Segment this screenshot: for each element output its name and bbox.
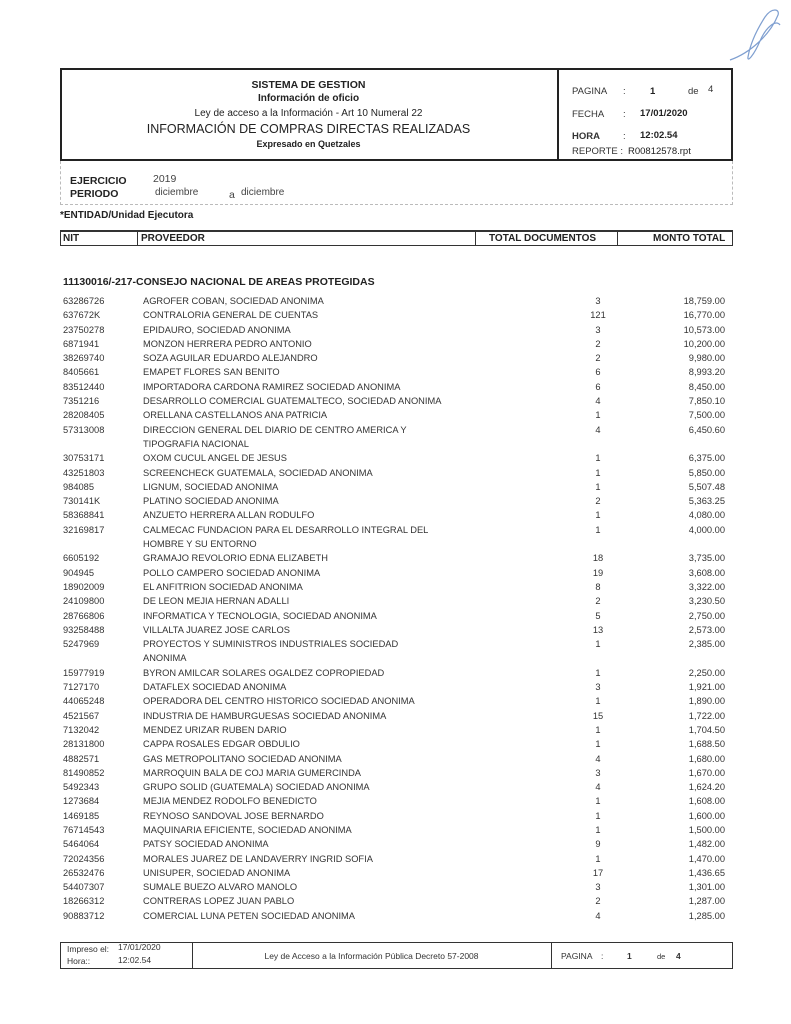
proveedor-cell: GRAMAJO REVOLORIO EDNA ELIZABETH xyxy=(143,551,443,565)
proveedor-cell: INFORMATICA Y TECNOLOGIA, SOCIEDAD ANONI… xyxy=(143,609,443,623)
documentos-cell: 2 xyxy=(583,594,613,608)
proveedor-cell: REYNOSO SANDOVAL JOSE BERNARDO xyxy=(143,809,443,823)
documentos-cell: 1 xyxy=(583,480,613,494)
documentos-cell: 4 xyxy=(583,752,613,766)
ejercicio-value: 2019 xyxy=(153,173,176,185)
col-divider xyxy=(137,232,138,246)
documentos-cell: 1 xyxy=(583,408,613,422)
fecha-label: FECHA xyxy=(572,109,604,120)
nit-cell: 6871941 xyxy=(63,337,143,351)
table-row: 28766806INFORMATICA Y TECNOLOGIA, SOCIED… xyxy=(63,609,733,623)
nit-cell: 4521567 xyxy=(63,709,143,723)
pagina-value: 1 xyxy=(650,86,655,97)
footer-pagina-label: PAGINA xyxy=(561,951,593,961)
table-row: 4521567INDUSTRIA DE HAMBURGUESAS SOCIEDA… xyxy=(63,709,733,723)
table-row: 24109800DE LEON MEJIA HERNAN ADALLI23,23… xyxy=(63,594,733,608)
documentos-cell: 1 xyxy=(583,451,613,465)
nit-cell: 63286726 xyxy=(63,294,143,308)
monto-cell: 7,500.00 xyxy=(643,408,725,422)
monto-cell: 1,470.00 xyxy=(643,852,725,866)
proveedor-cell: LIGNUM, SOCIEDAD ANONIMA xyxy=(143,480,443,494)
table-row: 58368841ANZUETO HERRERA ALLAN RODULFO14,… xyxy=(63,508,733,522)
documentos-cell: 1 xyxy=(583,809,613,823)
monto-cell: 1,600.00 xyxy=(643,809,725,823)
nit-cell: 15977919 xyxy=(63,666,143,680)
monto-cell: 16,770.00 xyxy=(643,308,725,322)
nit-cell: 26532476 xyxy=(63,866,143,880)
table-row: 6605192GRAMAJO REVOLORIO EDNA ELIZABETH1… xyxy=(63,551,733,565)
system-name: SISTEMA DE GESTION xyxy=(60,79,557,91)
documentos-cell: 3 xyxy=(583,294,613,308)
colon: : xyxy=(623,131,626,142)
proveedor-cell: SCREENCHECK GUATEMALA, SOCIEDAD ANONIMA xyxy=(143,466,443,480)
proveedor-cell: GAS METROPOLITANO SOCIEDAD ANONIMA xyxy=(143,752,443,766)
documentos-cell: 6 xyxy=(583,365,613,379)
documentos-cell: 1 xyxy=(583,794,613,808)
nit-cell: 81490852 xyxy=(63,766,143,780)
monto-cell: 1,921.00 xyxy=(643,680,725,694)
monto-cell: 2,750.00 xyxy=(643,609,725,623)
proveedor-cell: DE LEON MEJIA HERNAN ADALLI xyxy=(143,594,443,608)
monto-cell: 3,322.00 xyxy=(643,580,725,594)
table-row: 730141KPLATINO SOCIEDAD ANONIMA25,363.25 xyxy=(63,494,733,508)
table-row: 44065248OPERADORA DEL CENTRO HISTORICO S… xyxy=(63,694,733,708)
monto-cell: 10,573.00 xyxy=(643,323,725,337)
nit-cell: 5464064 xyxy=(63,837,143,851)
documentos-cell: 6 xyxy=(583,380,613,394)
nit-cell: 28766806 xyxy=(63,609,143,623)
documentos-cell: 3 xyxy=(583,766,613,780)
ejercicio-label: EJERCICIO xyxy=(70,175,127,187)
nit-cell: 18266312 xyxy=(63,894,143,908)
proveedor-cell: MARROQUIN BALA DE COJ MARIA GUMERCINDA xyxy=(143,766,443,780)
documentos-cell: 5 xyxy=(583,609,613,623)
col-proveedor: PROVEEDOR xyxy=(141,233,205,244)
documentos-cell: 121 xyxy=(583,308,613,322)
proveedor-cell: CONTRALORIA GENERAL DE CUENTAS xyxy=(143,308,443,322)
documentos-cell: 1 xyxy=(583,666,613,680)
footer-divider xyxy=(551,943,552,968)
col-nit: NIT xyxy=(63,233,79,244)
nit-cell: 8405661 xyxy=(63,365,143,379)
table-row: 1273684MEJIA MENDEZ RODOLFO BENEDICTO11,… xyxy=(63,794,733,808)
table-row: 93258488VILLALTA JUAREZ JOSE CARLOS132,5… xyxy=(63,623,733,637)
nit-cell: 28131800 xyxy=(63,737,143,751)
table-row: 23750278EPIDAURO, SOCIEDAD ANONIMA310,57… xyxy=(63,323,733,337)
table-row: 83512440IMPORTADORA CARDONA RAMIREZ SOCI… xyxy=(63,380,733,394)
monto-cell: 2,385.00 xyxy=(643,637,725,651)
documentos-cell: 17 xyxy=(583,866,613,880)
table-row: 637672KCONTRALORIA GENERAL DE CUENTAS121… xyxy=(63,308,733,322)
nit-cell: 18902009 xyxy=(63,580,143,594)
documentos-cell: 2 xyxy=(583,351,613,365)
nit-cell: 54407307 xyxy=(63,880,143,894)
monto-cell: 9,980.00 xyxy=(643,351,725,365)
monto-cell: 1,722.00 xyxy=(643,709,725,723)
documentos-cell: 1 xyxy=(583,723,613,737)
proveedor-cell: GRUPO SOLID (GUATEMALA) SOCIEDAD ANONIMA xyxy=(143,780,443,794)
col-total-documentos: TOTAL DOCUMENTOS xyxy=(489,233,596,244)
table-row: 28131800CAPPA ROSALES EDGAR OBDULIO11,68… xyxy=(63,737,733,751)
footer-pagina-de: de xyxy=(657,952,665,961)
table-row: 30753171OXOM CUCUL ANGEL DE JESUS16,375.… xyxy=(63,451,733,465)
nit-cell: 44065248 xyxy=(63,694,143,708)
footer-law: Ley de Acceso a la Información Pública D… xyxy=(192,951,551,961)
table-row: 18266312CONTRERAS LOPEZ JUAN PABLO21,287… xyxy=(63,894,733,908)
table-header: NIT PROVEEDOR TOTAL DOCUMENTOS MONTO TOT… xyxy=(60,230,733,246)
impreso-value: 17/01/2020 xyxy=(118,942,161,952)
table-row: 81490852MARROQUIN BALA DE COJ MARIA GUME… xyxy=(63,766,733,780)
fecha-value: 17/01/2020 xyxy=(640,108,688,119)
proveedor-cell: MONZON HERRERA PEDRO ANTONIO xyxy=(143,337,443,351)
documentos-cell: 3 xyxy=(583,880,613,894)
nit-cell: 83512440 xyxy=(63,380,143,394)
proveedor-cell: COMERCIAL LUNA PETEN SOCIEDAD ANONIMA xyxy=(143,909,443,923)
documentos-cell: 4 xyxy=(583,394,613,408)
monto-cell: 6,450.60 xyxy=(643,423,725,437)
proveedor-cell: DATAFLEX SOCIEDAD ANONIMA xyxy=(143,680,443,694)
documentos-cell: 18 xyxy=(583,551,613,565)
periodo-from: diciembre xyxy=(155,187,198,198)
proveedor-cell: PROYECTOS Y SUMINISTROS INDUSTRIALES SOC… xyxy=(143,637,443,666)
proveedor-cell: INDUSTRIA DE HAMBURGUESAS SOCIEDAD ANONI… xyxy=(143,709,443,723)
monto-cell: 1,287.00 xyxy=(643,894,725,908)
proveedor-cell: UNISUPER, SOCIEDAD ANONIMA xyxy=(143,866,443,880)
documentos-cell: 2 xyxy=(583,894,613,908)
proveedor-cell: DESARROLLO COMERCIAL GUATEMALTECO, SOCIE… xyxy=(143,394,443,408)
table-row: 72024356MORALES JUAREZ DE LANDAVERRY ING… xyxy=(63,852,733,866)
table-row: 63286726AGROFER COBAN, SOCIEDAD ANONIMA3… xyxy=(63,294,733,308)
nit-cell: 57313008 xyxy=(63,423,143,452)
monto-cell: 1,482.00 xyxy=(643,837,725,851)
footer-hora-label: Hora:: xyxy=(67,956,90,966)
report-title: INFORMACIÓN DE COMPRAS DIRECTAS REALIZAD… xyxy=(60,122,557,136)
nit-cell: 24109800 xyxy=(63,594,143,608)
monto-cell: 2,573.00 xyxy=(643,623,725,637)
nit-cell: 43251803 xyxy=(63,466,143,480)
monto-cell: 1,285.00 xyxy=(643,909,725,923)
table-row: 32169817CALMECAC FUNDACION PARA EL DESAR… xyxy=(63,523,733,552)
proveedor-cell: IMPORTADORA CARDONA RAMIREZ SOCIEDAD ANO… xyxy=(143,380,443,394)
documentos-cell: 4 xyxy=(583,780,613,794)
hora-value: 12:02.54 xyxy=(640,130,678,141)
documentos-cell: 1 xyxy=(583,508,613,522)
monto-cell: 4,080.00 xyxy=(643,508,725,522)
documentos-cell: 15 xyxy=(583,709,613,723)
proveedor-cell: PATSY SOCIEDAD ANONIMA xyxy=(143,837,443,851)
periodo-to: diciembre xyxy=(241,187,284,198)
monto-cell: 3,608.00 xyxy=(643,566,725,580)
monto-cell: 5,850.00 xyxy=(643,466,725,480)
monto-cell: 1,500.00 xyxy=(643,823,725,837)
monto-cell: 6,375.00 xyxy=(643,451,725,465)
nit-cell: 7132042 xyxy=(63,723,143,737)
nit-cell: 28208405 xyxy=(63,408,143,422)
proveedor-cell: SOZA AGUILAR EDUARDO ALEJANDRO xyxy=(143,351,443,365)
nit-cell: 58368841 xyxy=(63,508,143,522)
nit-cell: 5492343 xyxy=(63,780,143,794)
colon: : xyxy=(601,951,603,961)
proveedor-cell: OPERADORA DEL CENTRO HISTORICO SOCIEDAD … xyxy=(143,694,443,708)
pagina-total: 4 xyxy=(708,84,713,95)
proveedor-cell: BYRON AMILCAR SOLARES OGALDEZ COPROPIEDA… xyxy=(143,666,443,680)
documentos-cell: 2 xyxy=(583,337,613,351)
documentos-cell: 13 xyxy=(583,623,613,637)
table-row: 38269740SOZA AGUILAR EDUARDO ALEJANDRO29… xyxy=(63,351,733,365)
table-row: 4882571GAS METROPOLITANO SOCIEDAD ANONIM… xyxy=(63,752,733,766)
table-row: 7351216DESARROLLO COMERCIAL GUATEMALTECO… xyxy=(63,394,733,408)
proveedor-cell: CAPPA ROSALES EDGAR OBDULIO xyxy=(143,737,443,751)
proveedor-cell: MAQUINARIA EFICIENTE, SOCIEDAD ANONIMA xyxy=(143,823,443,837)
proveedor-cell: ANZUETO HERRERA ALLAN RODULFO xyxy=(143,508,443,522)
monto-cell: 1,436.65 xyxy=(643,866,725,880)
documentos-cell: 3 xyxy=(583,323,613,337)
documentos-cell: 1 xyxy=(583,737,613,751)
table-row: 8405661EMAPET FLORES SAN BENITO68,993.20 xyxy=(63,365,733,379)
table-row: 26532476UNISUPER, SOCIEDAD ANONIMA171,43… xyxy=(63,866,733,880)
proveedor-cell: DIRECCION GENERAL DEL DIARIO DE CENTRO A… xyxy=(143,423,443,452)
proveedor-cell: CALMECAC FUNDACION PARA EL DESARROLLO IN… xyxy=(143,523,443,552)
monto-cell: 1,704.50 xyxy=(643,723,725,737)
table-row: 7127170DATAFLEX SOCIEDAD ANONIMA31,921.0… xyxy=(63,680,733,694)
monto-cell: 5,363.25 xyxy=(643,494,725,508)
documentos-cell: 1 xyxy=(583,823,613,837)
nit-cell: 23750278 xyxy=(63,323,143,337)
nit-cell: 1273684 xyxy=(63,794,143,808)
nit-cell: 76714543 xyxy=(63,823,143,837)
table-row: 54407307SUMALE BUEZO ALVARO MANOLO31,301… xyxy=(63,880,733,894)
monto-cell: 1,301.00 xyxy=(643,880,725,894)
table-row: 76714543MAQUINARIA EFICIENTE, SOCIEDAD A… xyxy=(63,823,733,837)
documentos-cell: 1 xyxy=(583,852,613,866)
signature-mark xyxy=(720,5,785,65)
table-row: 5492343GRUPO SOLID (GUATEMALA) SOCIEDAD … xyxy=(63,780,733,794)
proveedor-cell: EL ANFITRION SOCIEDAD ANONIMA xyxy=(143,580,443,594)
nit-cell: 30753171 xyxy=(63,451,143,465)
documentos-cell: 1 xyxy=(583,694,613,708)
monto-cell: 8,993.20 xyxy=(643,365,725,379)
entidad-label: *ENTIDAD/Unidad Ejecutora xyxy=(60,210,193,221)
proveedor-cell: OXOM CUCUL ANGEL DE JESUS xyxy=(143,451,443,465)
proveedor-cell: PLATINO SOCIEDAD ANONIMA xyxy=(143,494,443,508)
table-row: 15977919BYRON AMILCAR SOLARES OGALDEZ CO… xyxy=(63,666,733,680)
monto-cell: 1,890.00 xyxy=(643,694,725,708)
nit-cell: 6605192 xyxy=(63,551,143,565)
monto-cell: 1,670.00 xyxy=(643,766,725,780)
table-row: 984085LIGNUM, SOCIEDAD ANONIMA15,507.48 xyxy=(63,480,733,494)
col-divider xyxy=(617,232,618,246)
proveedor-cell: MEJIA MENDEZ RODOLFO BENEDICTO xyxy=(143,794,443,808)
documentos-cell: 9 xyxy=(583,837,613,851)
table-row: 5464064PATSY SOCIEDAD ANONIMA91,482.00 xyxy=(63,837,733,851)
nit-cell: 7127170 xyxy=(63,680,143,694)
monto-cell: 8,450.00 xyxy=(643,380,725,394)
col-monto-total: MONTO TOTAL xyxy=(653,233,725,244)
periodo-label: PERIODO xyxy=(70,188,118,200)
monto-cell: 1,680.00 xyxy=(643,752,725,766)
colon: : xyxy=(623,86,626,97)
report-subtitle: Información de oficio xyxy=(60,93,557,104)
footer-pagina-total: 4 xyxy=(676,951,681,961)
monto-cell: 3,735.00 xyxy=(643,551,725,565)
proveedor-cell: CONTRERAS LOPEZ JUAN PABLO xyxy=(143,894,443,908)
table-row: 18902009EL ANFITRION SOCIEDAD ANONIMA83,… xyxy=(63,580,733,594)
reporte-value: R00812578.rpt xyxy=(628,146,691,157)
proveedor-cell: VILLALTA JUAREZ JOSE CARLOS xyxy=(143,623,443,637)
nit-cell: 730141K xyxy=(63,494,143,508)
nit-cell: 32169817 xyxy=(63,523,143,552)
documentos-cell: 3 xyxy=(583,680,613,694)
monto-cell: 10,200.00 xyxy=(643,337,725,351)
documentos-cell: 4 xyxy=(583,909,613,923)
documentos-cell: 8 xyxy=(583,580,613,594)
table-row: 904945POLLO CAMPERO SOCIEDAD ANONIMA193,… xyxy=(63,566,733,580)
nit-cell: 93258488 xyxy=(63,623,143,637)
nit-cell: 637672K xyxy=(63,308,143,322)
nit-cell: 90883712 xyxy=(63,909,143,923)
monto-cell: 5,507.48 xyxy=(643,480,725,494)
col-divider xyxy=(475,232,476,246)
table-row: 90883712COMERCIAL LUNA PETEN SOCIEDAD AN… xyxy=(63,909,733,923)
pagina-label: PAGINA xyxy=(572,86,607,97)
footer-pagina-value: 1 xyxy=(627,951,632,961)
pagina-de: de xyxy=(688,86,699,97)
documentos-cell: 1 xyxy=(583,523,613,537)
monto-cell: 4,000.00 xyxy=(643,523,725,537)
proveedor-cell: EMAPET FLORES SAN BENITO xyxy=(143,365,443,379)
nit-cell: 1469185 xyxy=(63,809,143,823)
documentos-cell: 4 xyxy=(583,423,613,437)
table-row: 7132042MENDEZ URIZAR RUBEN DARIO11,704.5… xyxy=(63,723,733,737)
page-footer: Impreso el: 17/01/2020 Hora:: 12:02.54 L… xyxy=(60,942,733,969)
monto-cell: 7,850.10 xyxy=(643,394,725,408)
header-divider xyxy=(557,68,559,161)
proveedor-cell: AGROFER COBAN, SOCIEDAD ANONIMA xyxy=(143,294,443,308)
nit-cell: 7351216 xyxy=(63,394,143,408)
nit-cell: 4882571 xyxy=(63,752,143,766)
nit-cell: 984085 xyxy=(63,480,143,494)
table-row: 57313008DIRECCION GENERAL DEL DIARIO DE … xyxy=(63,423,733,452)
colon: : xyxy=(623,109,626,120)
proveedor-cell: SUMALE BUEZO ALVARO MANOLO xyxy=(143,880,443,894)
nit-cell: 904945 xyxy=(63,566,143,580)
law-reference: Ley de acceso a la Información - Art 10 … xyxy=(60,108,557,119)
proveedor-cell: ORELLANA CASTELLANOS ANA PATRICIA xyxy=(143,408,443,422)
documentos-cell: 1 xyxy=(583,466,613,480)
table-row: 43251803SCREENCHECK GUATEMALA, SOCIEDAD … xyxy=(63,466,733,480)
monto-cell: 2,250.00 xyxy=(643,666,725,680)
documentos-cell: 2 xyxy=(583,494,613,508)
proveedor-cell: POLLO CAMPERO SOCIEDAD ANONIMA xyxy=(143,566,443,580)
table-body: 63286726AGROFER COBAN, SOCIEDAD ANONIMA3… xyxy=(63,294,733,923)
reporte-label: REPORTE : xyxy=(572,146,623,157)
proveedor-cell: MORALES JUAREZ DE LANDAVERRY INGRID SOFI… xyxy=(143,852,443,866)
nit-cell: 38269740 xyxy=(63,351,143,365)
monto-cell: 18,759.00 xyxy=(643,294,725,308)
footer-hora-value: 12:02.54 xyxy=(118,955,151,965)
nit-cell: 72024356 xyxy=(63,852,143,866)
monto-cell: 3,230.50 xyxy=(643,594,725,608)
periodo-a: a xyxy=(229,189,235,201)
proveedor-cell: MENDEZ URIZAR RUBEN DARIO xyxy=(143,723,443,737)
monto-cell: 1,608.00 xyxy=(643,794,725,808)
monto-cell: 1,624.20 xyxy=(643,780,725,794)
documentos-cell: 1 xyxy=(583,637,613,651)
proveedor-cell: EPIDAURO, SOCIEDAD ANONIMA xyxy=(143,323,443,337)
currency-note: Expresado en Quetzales xyxy=(60,139,557,149)
table-row: 6871941MONZON HERRERA PEDRO ANTONIO210,2… xyxy=(63,337,733,351)
table-row: 1469185REYNOSO SANDOVAL JOSE BERNARDO11,… xyxy=(63,809,733,823)
monto-cell: 1,688.50 xyxy=(643,737,725,751)
nit-cell: 5247969 xyxy=(63,637,143,666)
table-row: 28208405ORELLANA CASTELLANOS ANA PATRICI… xyxy=(63,408,733,422)
table-row: 5247969PROYECTOS Y SUMINISTROS INDUSTRIA… xyxy=(63,637,733,666)
group-title: 11130016/-217-CONSEJO NACIONAL DE AREAS … xyxy=(63,276,375,288)
documentos-cell: 19 xyxy=(583,566,613,580)
hora-label: HORA xyxy=(572,131,600,142)
impreso-label: Impreso el: xyxy=(67,944,109,954)
